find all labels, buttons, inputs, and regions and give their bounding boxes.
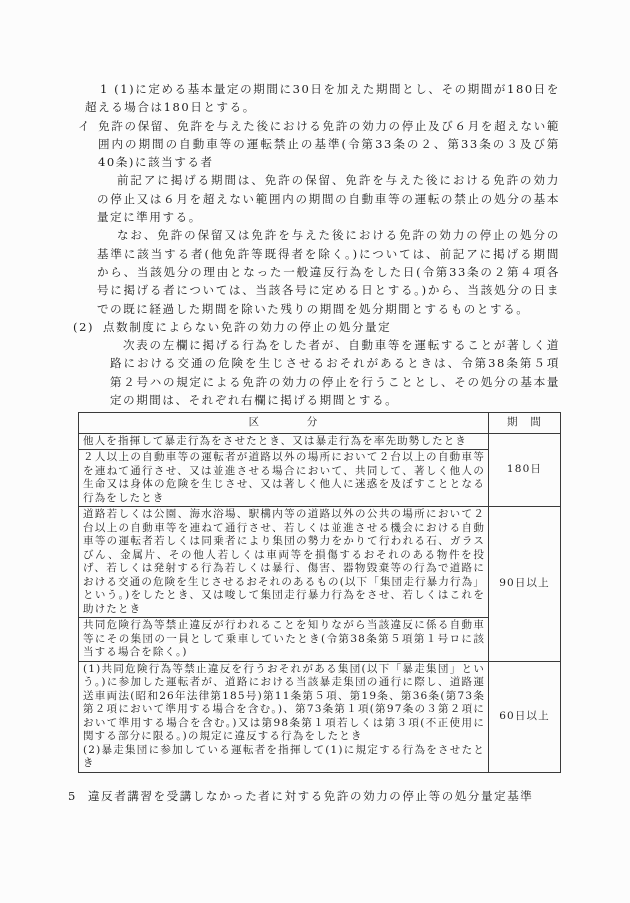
violation-cell-2: ２人以上の自動車等の運転者が道路以外の場所において２台以上の自動車等を連ねて通行… — [79, 450, 489, 507]
item-2-paragraph: 次表の左欄に掲げる行為をした者が、自動車等を運転することが著しく道路における交通… — [110, 336, 560, 409]
paragraph-basic-period: 1 (1)に定める基本量定の期間に30日を加えた期間とし、その期間が180日を超… — [85, 80, 560, 117]
item-i-marker: イ — [78, 117, 98, 135]
table-header-row: 区 分 期 間 — [79, 413, 561, 434]
column-header-period: 期 間 — [489, 413, 561, 434]
violation-cell-3: 道路若しくは公園、海水浴場、駅構内等の道路以外の公共の場所において２台以上の自動… — [79, 507, 489, 618]
section-5-text: 違反者講習を受講しなかった者に対する免許の効力の停止等の処分量定基準 — [88, 789, 533, 803]
column-header-category: 区 分 — [79, 413, 489, 434]
item-i: イ免許の保留、免許を与えた後における免許の効力の停止及び６月を超えない範囲内の期… — [78, 117, 560, 172]
table-row: ２人以上の自動車等の運転者が道路以外の場所において２台以上の自動車等を連ねて通行… — [79, 450, 561, 507]
violation-cell-1: 他人を指揮して暴走行為をさせたとき、又は暴走行為を率先助勢したとき — [79, 433, 489, 450]
violation-cell-4: 共同危険行為等禁止違反が行われることを知りながら当該違反に係る自動車等にその集団… — [79, 618, 489, 662]
violation-cell-5: (1)共同危険行為等禁止違反を行うおそれがある集団(以下「暴走集団」という。)に… — [79, 661, 489, 772]
item-2-marker: (2) — [73, 318, 103, 336]
item-2-heading: (2)点数制度によらない免許の効力の停止の処分量定 — [73, 318, 560, 336]
table-row: 他人を指揮して暴走行為をさせたとき、又は暴走行為を率先助勢したとき 180日 — [79, 433, 561, 450]
table-row: 共同危険行為等禁止違反が行われることを知りながら当該違反に係る自動車等にその集団… — [79, 618, 561, 662]
penalty-period-table: 区 分 期 間 他人を指揮して暴走行為をさせたとき、又は暴走行為を率先助勢したと… — [78, 412, 561, 773]
period-cell-90-days-plus: 90日以上 — [489, 507, 561, 662]
period-cell-180-days: 180日 — [489, 433, 561, 507]
section-5-marker: 5 — [68, 787, 88, 805]
item-i-paragraph-1: 前記アに掲げる期間は、免許の保留、免許を与えた後における免許の効力の停止又は６月… — [97, 171, 560, 226]
section-5-heading: 5違反者講習を受講しなかった者に対する免許の効力の停止等の処分量定基準 — [68, 787, 560, 805]
item-2-title: 点数制度によらない免許の効力の停止の処分量定 — [103, 320, 391, 334]
item-i-paragraph-2: なお、免許の保留又は免許を与えた後における免許の効力の停止の処分の基準に該当する… — [97, 226, 560, 317]
period-cell-60-days-plus: 60日以上 — [489, 661, 561, 772]
item-i-text: 免許の保留、免許を与えた後における免許の効力の停止及び６月を超えない範囲内の期間… — [98, 119, 560, 170]
table-row: 道路若しくは公園、海水浴場、駅構内等の道路以外の公共の場所において２台以上の自動… — [79, 507, 561, 618]
table-row: (1)共同危険行為等禁止違反を行うおそれがある集団(以下「暴走集団」という。)に… — [79, 661, 561, 772]
document-page: 1 (1)に定める基本量定の期間に30日を加えた期間とし、その期間が180日を超… — [0, 0, 630, 903]
